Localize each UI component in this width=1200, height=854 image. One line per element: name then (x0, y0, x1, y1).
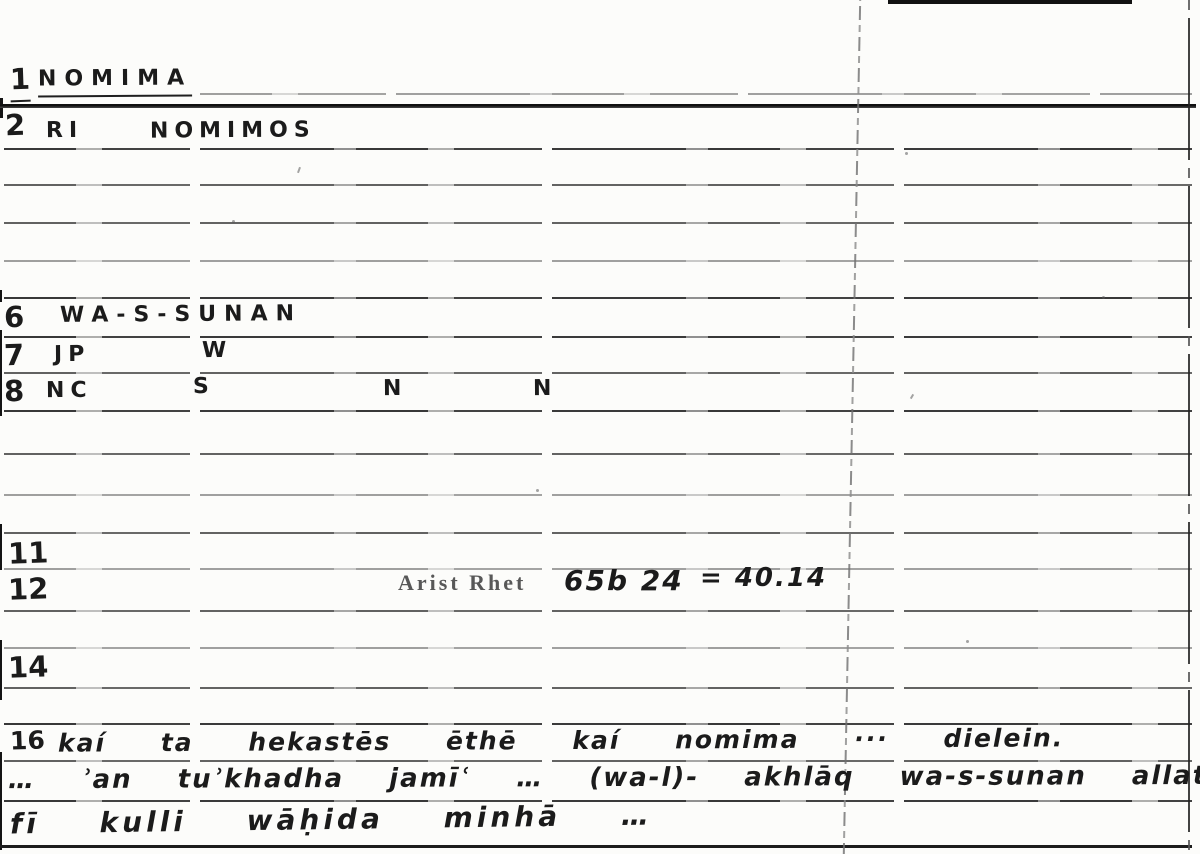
ruled-line (4, 297, 1192, 299)
scan-left-edge-mark (0, 752, 2, 850)
line-number-12: 12 (7, 571, 49, 606)
ruled-line (4, 453, 1192, 455)
ruled-line (4, 687, 1192, 689)
ruled-line (4, 532, 1192, 534)
ruled-line (4, 410, 1192, 412)
ruled-line (4, 568, 1192, 570)
ruled-line-heavy (0, 104, 1196, 108)
line-number-8: 8 (3, 374, 24, 409)
concordance-40-14: = 40.14 (700, 563, 827, 593)
entry-nomimos: NOMIMOS (150, 117, 316, 143)
ruled-line (4, 184, 1192, 186)
scan-speck (297, 167, 301, 173)
line-number-1: 1 (9, 62, 31, 103)
scan-left-edge-mark (0, 640, 2, 700)
line-number-16: 16 (10, 725, 46, 755)
line-number-11: 11 (7, 535, 49, 570)
abbr-nc: NC (46, 378, 93, 403)
headword-wa-s-sunan: WA-S-SUNAN (60, 301, 302, 328)
ruled-line (4, 647, 1192, 649)
scan-top-edge-line (888, 0, 1132, 4)
headword-nomima: NOMIMA (38, 65, 192, 97)
stamp-arist-rhet: Arist Rhet (398, 570, 526, 596)
mark-n-1: N (383, 376, 408, 401)
index-card: 1 NOMIMA 2 RI NOMIMOS 6 WA-S-SUNAN 7 JP … (0, 0, 1200, 854)
scan-speck (905, 152, 908, 155)
quotation-arabic-line-2: fī kulli wāḥida minhā … (10, 799, 653, 841)
line-number-14: 14 (7, 649, 49, 684)
scan-speck (536, 489, 539, 492)
scan-right-edge-line (1188, 0, 1190, 854)
scan-speck (232, 220, 235, 223)
scan-left-edge-mark (0, 330, 2, 416)
vertical-divider-line (843, 0, 862, 854)
line-number-6: 6 (3, 300, 24, 335)
abbr-jp: JP (54, 342, 90, 367)
mark-n-2: N (533, 376, 558, 401)
scan-left-edge-mark (0, 290, 2, 302)
ruled-line (4, 760, 1192, 762)
ruled-line (4, 336, 1192, 338)
scan-speck (966, 640, 969, 643)
ruled-line (4, 260, 1192, 262)
citation-65b-24: 65b 24 (564, 564, 684, 597)
mark-s: S (193, 374, 215, 399)
scan-speck (1102, 296, 1105, 299)
quotation-arabic-line-1: … ʾan tuʾkhadha jamīʿ … (wa-l)- akhlāq w… (8, 761, 1200, 795)
ruled-line (4, 222, 1192, 224)
ruled-line (4, 372, 1192, 374)
mark-w: W (202, 338, 232, 363)
line-number-2: 2 (4, 108, 25, 143)
ruled-line (4, 494, 1192, 496)
ruled-line-bottom (0, 845, 1192, 848)
line-number-7: 7 (3, 338, 24, 373)
ruled-line (200, 93, 1192, 95)
ruled-line (4, 723, 1192, 725)
abbr-ri: RI (46, 118, 83, 143)
scan-speck (910, 394, 914, 399)
ruled-line (4, 148, 1192, 150)
ruled-line (4, 610, 1192, 612)
ruled-line (4, 800, 1192, 802)
scan-left-edge-mark (0, 98, 3, 118)
quotation-greek: kaí ta hekastēs ēthē kaí nomima ··· diel… (58, 723, 1064, 757)
scan-left-edge-mark (0, 524, 2, 570)
